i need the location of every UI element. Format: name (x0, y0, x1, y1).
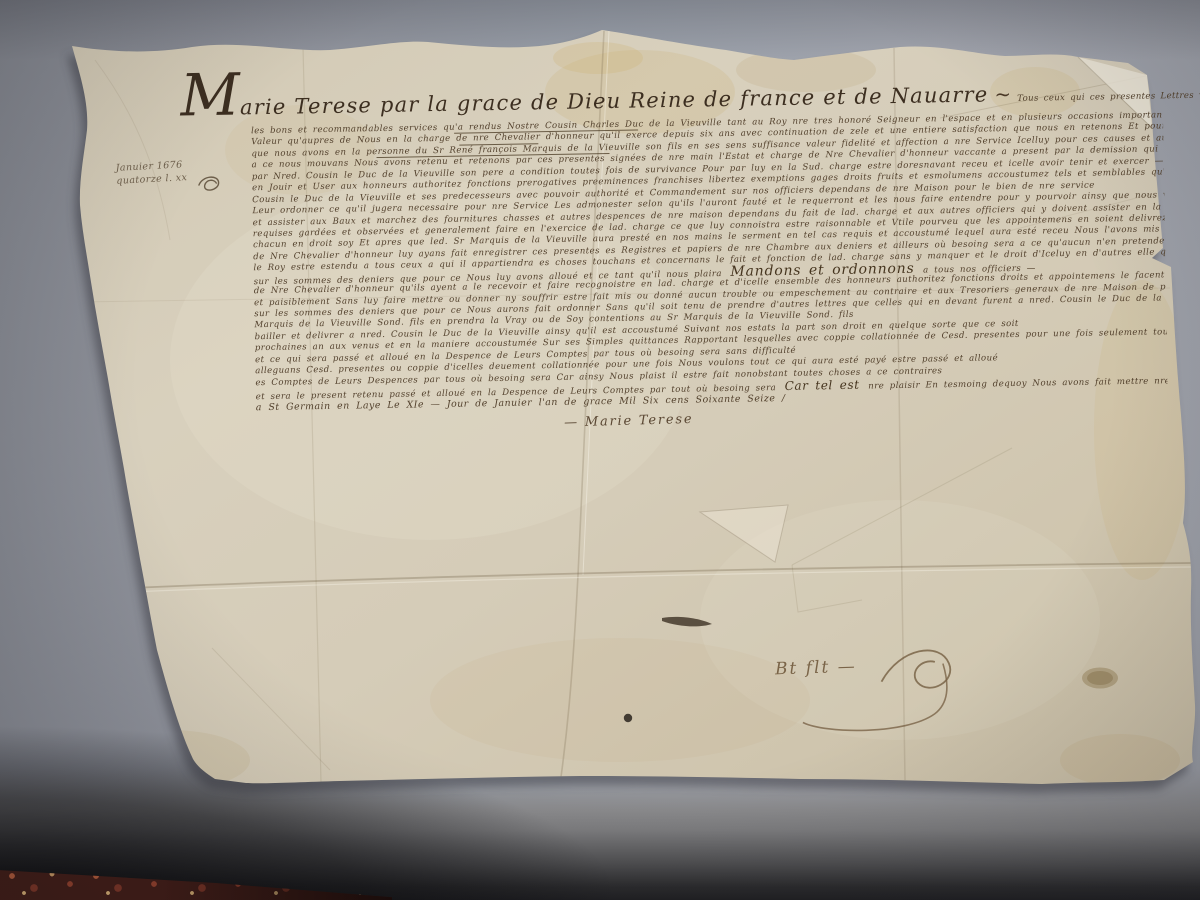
heading-flourish-icon: ~ (994, 82, 1011, 106)
car-tel-est-large-script: Car tel est (782, 378, 863, 393)
stain (1060, 734, 1180, 786)
manuscript-text: M arie Terese par la grace de Dieu Reine… (150, 54, 1177, 472)
stain (67, 425, 123, 615)
heading-address: Tous ceux qui ces presentes Lettres verr… (1017, 90, 1200, 104)
photograph-of-manuscript: Januier 1676 quatorze l. xx M arie Teres… (0, 0, 1200, 900)
heading-text: arie Terese par la grace de Dieu Reine d… (240, 82, 989, 119)
docket-text: Bt flt — (775, 657, 857, 680)
docket-paraph-icon (862, 639, 1006, 754)
worm-hole (624, 714, 632, 722)
docket-note: Bt flt — (775, 657, 857, 680)
queen-signature: — Marie Terese (564, 412, 694, 431)
seal-stain-core (1087, 671, 1113, 685)
body-text: les bons et recommandables services qu'a… (251, 110, 1168, 413)
heading-initial: M (180, 74, 238, 116)
